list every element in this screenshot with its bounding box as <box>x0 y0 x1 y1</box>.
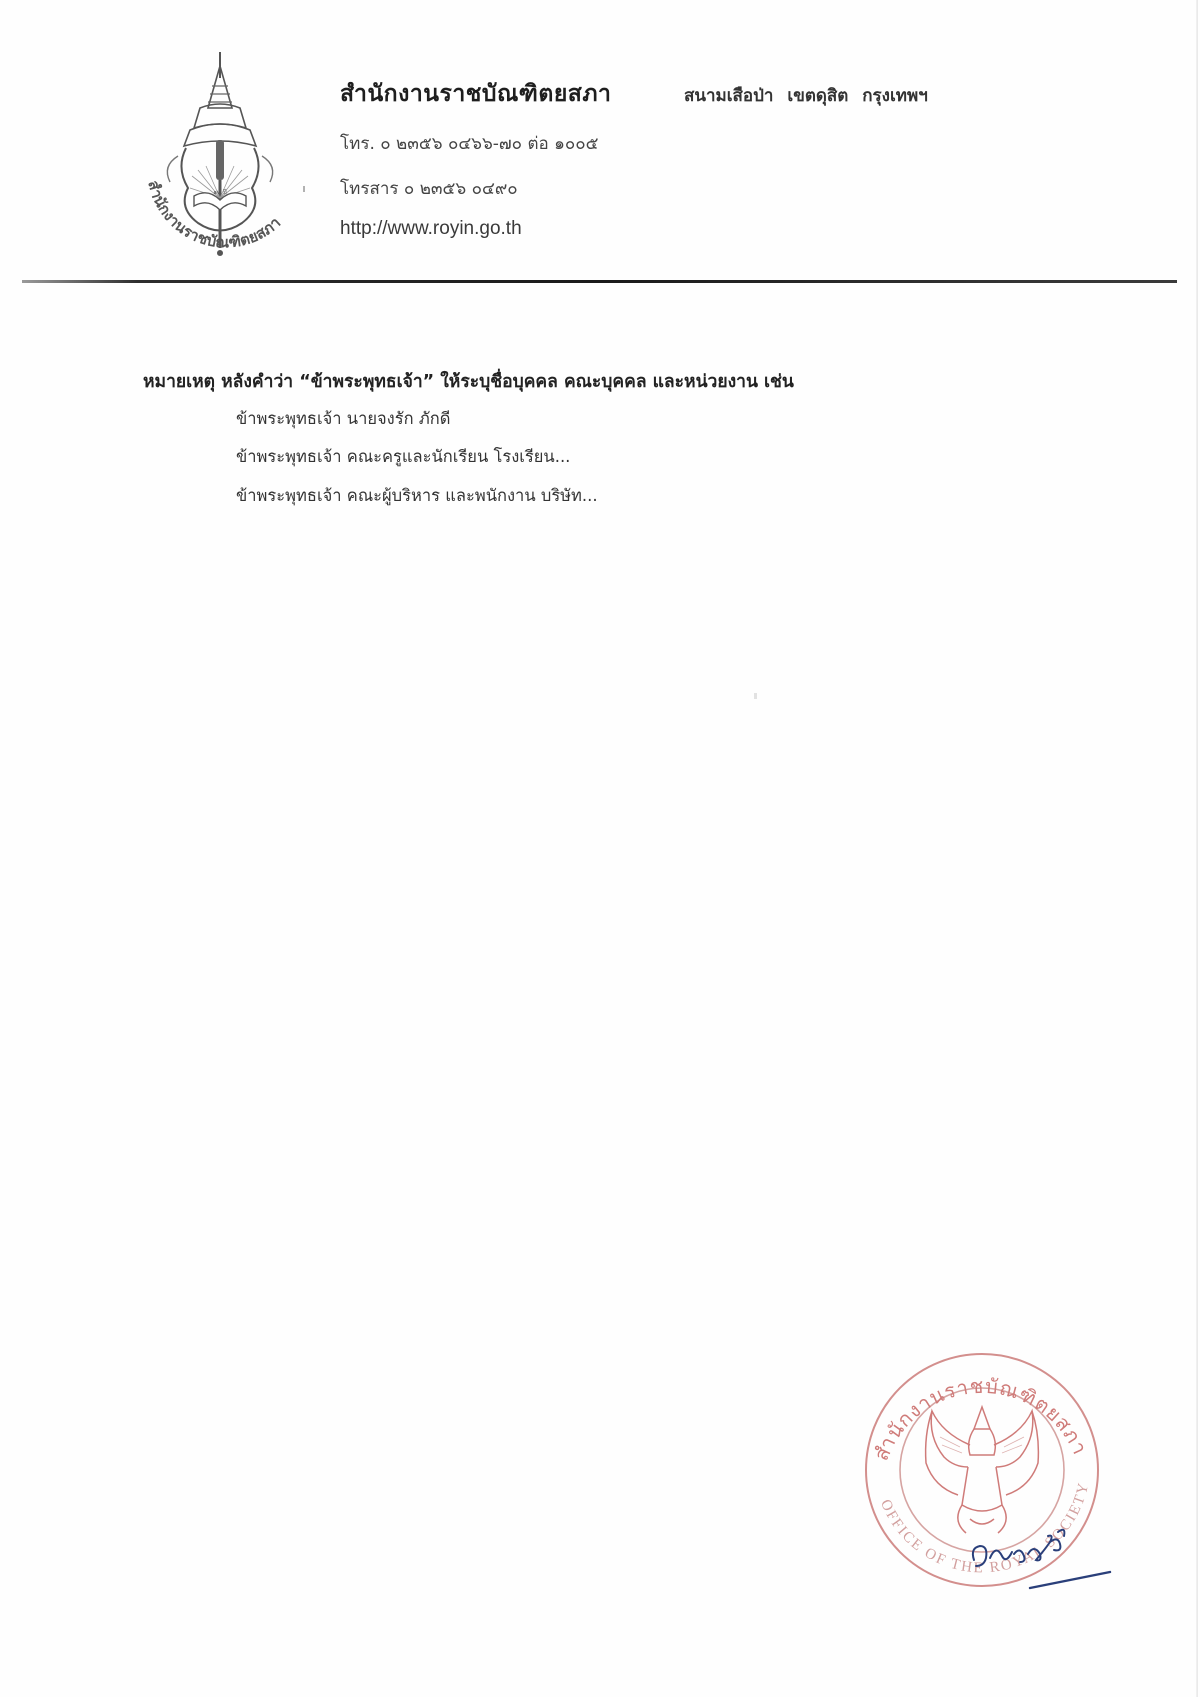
website-link[interactable]: http://www.royin.go.th <box>340 218 522 240</box>
scan-speck <box>754 693 757 699</box>
telephone-number: โทร. ๐ ๒๓๕๖ ๐๔๖๖-๗๐ ต่อ ๑๐๐๕ <box>340 130 599 157</box>
example-line: ข้าพระพุทธเจ้า นายจงรัก ภักดี <box>236 406 450 432</box>
header-divider <box>22 280 1177 283</box>
signature-icon <box>960 1500 1120 1610</box>
org-name: สำนักงานราชบัณฑิตยสภา <box>340 76 611 112</box>
svg-text:๑๒ ปี: ๑๒ ปี <box>213 188 227 196</box>
fax-number: โทรสาร ๐ ๒๓๕๖ ๐๔๙๐ <box>340 175 518 202</box>
example-line: ข้าพระพุทธเจ้า คณะผู้บริหาร และพนักงาน บ… <box>236 483 598 509</box>
note-heading: หมายเหตุ หลังคำว่า “ข้าพระพุทธเจ้า” ให้ร… <box>143 367 794 395</box>
royal-institute-emblem-icon: ๑๒ ปี สำนักงานราชบัณฑิตยสภา <box>128 48 318 273</box>
example-line: ข้าพระพุทธเจ้า คณะครูและนักเรียน โรงเรีย… <box>236 444 570 470</box>
page-edge <box>1196 0 1198 1697</box>
document-page: ๑๒ ปี สำนักงานราชบัณฑิตยสภา สำนักงานราชบ… <box>0 0 1200 1697</box>
org-address: สนามเสือป่า เขตดุสิต กรุงเทพฯ <box>684 82 928 109</box>
